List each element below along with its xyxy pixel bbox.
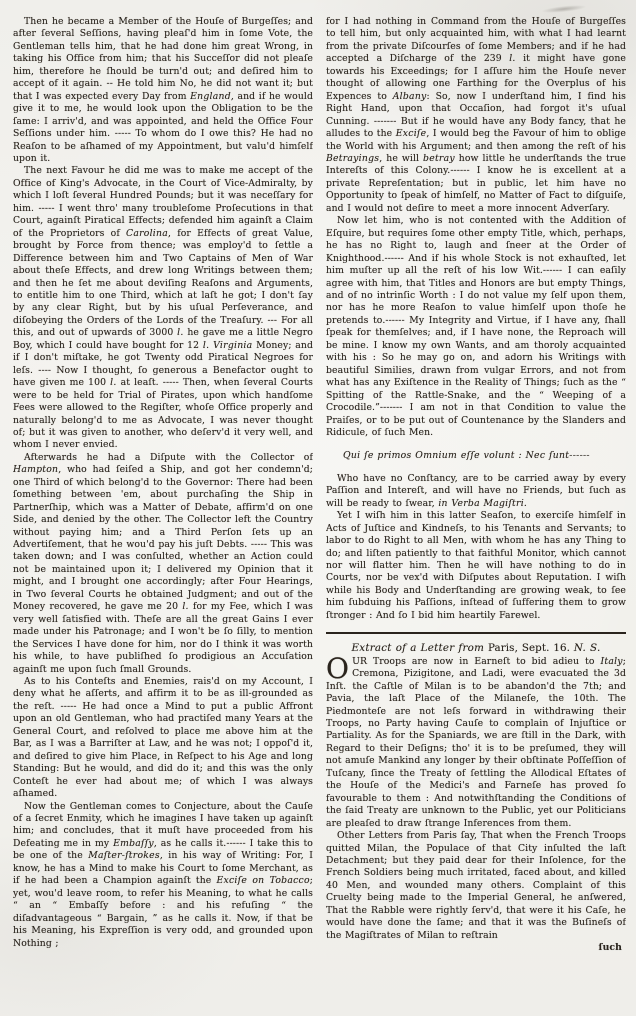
paragraph: The next Favour he did me was to make me… [13,165,313,451]
paragraph: Other Letters from Paris ſay, That when … [326,830,626,942]
paragraph: As to his Conteſts and Enemies, rais'd o… [13,676,313,801]
right-column: for I had nothing in Command from the Ho… [326,16,626,1010]
paragraph: Afterwards he had a Diſpute with the Col… [13,452,313,676]
latin-quote: Qui ſe primos Omnium eſſe volunt : Nec ſ… [326,450,626,462]
letter-heading: Extract of a Letter from Paris, Sept. 16… [326,642,626,654]
drop-cap: O [326,656,352,680]
section-rule [326,632,626,634]
paragraph: Yet I wiſh him in this latter Seaſon, to… [326,510,626,622]
left-column: Then he became a Member of the Houſe of … [13,16,313,1010]
scanned-page: Then he became a Member of the Houſe of … [0,0,636,1016]
paragraph: Who have no Conſtancy, are to be carried… [326,473,626,510]
paragraph: for I had nothing in Command from the Ho… [326,16,626,215]
page-body: Then he became a Member of the Houſe of … [0,0,636,1016]
paragraph: Now let him, who is not contented with t… [326,215,626,439]
catchword: ſuch [326,942,626,954]
paragraph: Now the Gentleman comes to Conjecture, a… [13,801,313,950]
paragraph: OUR Troops are now in Earneſt to bid adi… [326,656,626,830]
paragraph: Then he became a Member of the Houſe of … [13,16,313,165]
